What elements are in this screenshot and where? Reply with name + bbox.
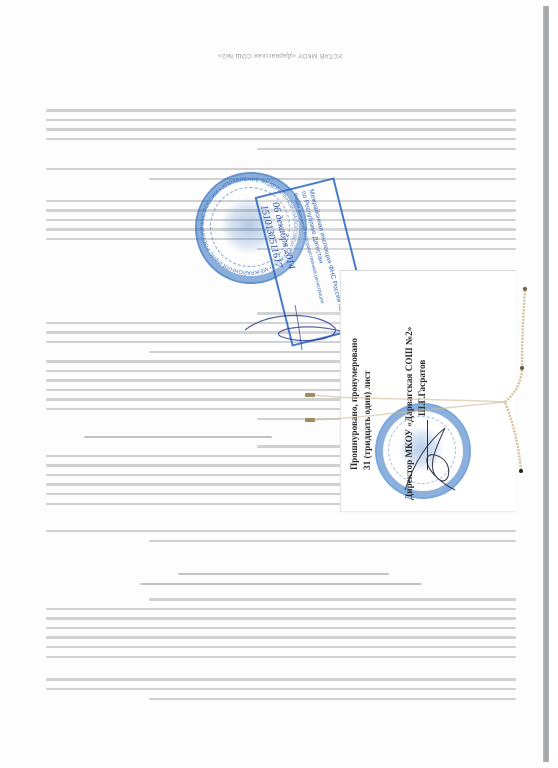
- label-line-director: Директор МКОУ «Дарвагская СОШ №2»: [403, 280, 416, 500]
- header-line: УСТАВ МКОУ «Дарвагская СОШ №2»: [30, 50, 530, 60]
- par-10-4: [46, 523, 516, 542]
- section-xii: [46, 671, 516, 700]
- label-line-name: Ш.Г.Гасратов: [416, 280, 429, 500]
- lacing-label-text: Прошнуровано, пронумеровано 31 (тридцать…: [348, 280, 498, 500]
- label-line-sheets: 31 (тридцать один) лист: [361, 280, 374, 500]
- page-margin: [549, 0, 558, 768]
- par-2-7: [46, 102, 516, 150]
- par-2-8: [46, 161, 516, 180]
- section-xi-title: [46, 566, 516, 585]
- scanned-page: УСТАВ МКОУ «Дарвагская СОШ №2» ФНС РОССИ…: [0, 0, 558, 768]
- label-line-laced: Прошнуровано, пронумеровано: [348, 280, 361, 500]
- section-xi-body: [46, 591, 516, 658]
